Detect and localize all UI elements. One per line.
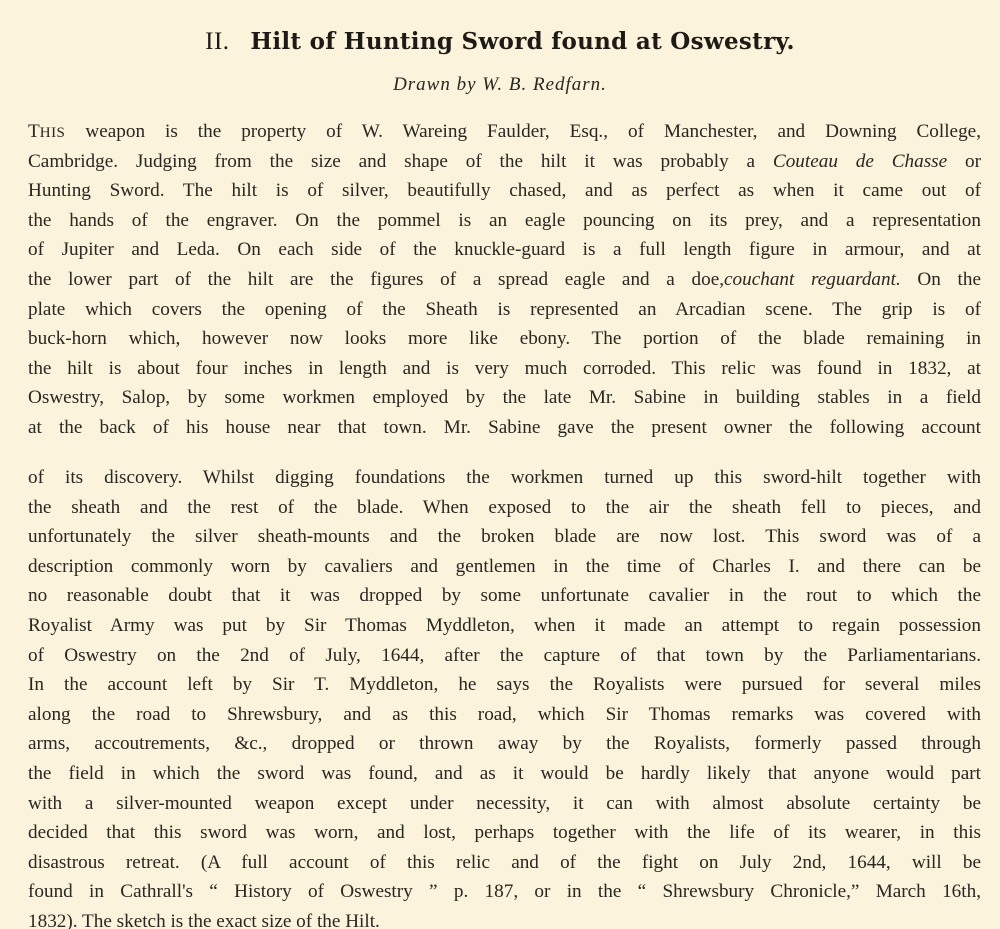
text-line: with a silver-mounted weapon except unde… [28,789,981,819]
italic-phrase: couchant reguardant. [724,269,901,290]
text-line: of its discovery. Whilst digging foundat… [28,463,981,493]
section-numeral: II. [205,28,229,55]
paragraph-2: of its discovery. Whilst digging foundat… [28,463,981,929]
page-title: II. Hilt of Hunting Sword found at Oswes… [0,28,1000,56]
document-page: II. Hilt of Hunting Sword found at Oswes… [0,0,1000,929]
title-text: Hilt of Hunting Sword found at Oswestry. [250,28,795,55]
text-line: plate which covers the opening of the Sh… [28,295,981,325]
attribution-subtitle: Drawn by W. B. Redfarn. [0,74,1000,96]
text-line: the sheath and the rest of the blade. Wh… [28,493,981,523]
text-line: Royalist Army was put by Sir Thomas Mydd… [28,611,981,641]
text-line: of Oswestry on the 2nd of July, 1644, af… [28,641,981,671]
text-line: the lower part of the hilt are the figur… [28,265,981,295]
text-line: Cambridge. Judging from the size and sha… [28,147,981,177]
text-line: THIS weapon is the property of W. Warein… [28,117,981,147]
text-line: of Jupiter and Leda. On each side of the… [28,235,981,265]
text-line: In the account left by Sir T. Myddleton,… [28,670,981,700]
italic-phrase: Couteau de Chasse [773,151,947,172]
paragraph-1: THIS weapon is the property of W. Warein… [28,117,981,443]
text-line: at the back of his house near that town.… [28,413,981,443]
text-line: 1832). The sketch is the exact size of t… [28,907,981,929]
text-line: buck-horn which, however now looks more … [28,324,981,354]
text-line: no reasonable doubt that it was dropped … [28,581,981,611]
text-line: arms, accoutrements, &c., dropped or thr… [28,729,981,759]
text-line: along the road to Shrewsbury, and as thi… [28,700,981,730]
text-line: the hilt is about four inches in length … [28,354,981,384]
small-caps-word: HIS [40,125,66,141]
text-line: unfortunately the silver sheath-mounts a… [28,522,981,552]
text-line: Oswestry, Salop, by some workmen employe… [28,383,981,413]
text-line: Hunting Sword. The hilt is of silver, be… [28,176,981,206]
text-line: disastrous retreat. (A full account of t… [28,848,981,878]
initial-letter: T [28,121,40,142]
text-line: description commonly worn by cavaliers a… [28,552,981,582]
text-line: the hands of the engraver. On the pommel… [28,206,981,236]
text-line: found in Cathrall's “ History of Oswestr… [28,877,981,907]
text-line: decided that this sword was worn, and lo… [28,818,981,848]
text-line: the field in which the sword was found, … [28,759,981,789]
